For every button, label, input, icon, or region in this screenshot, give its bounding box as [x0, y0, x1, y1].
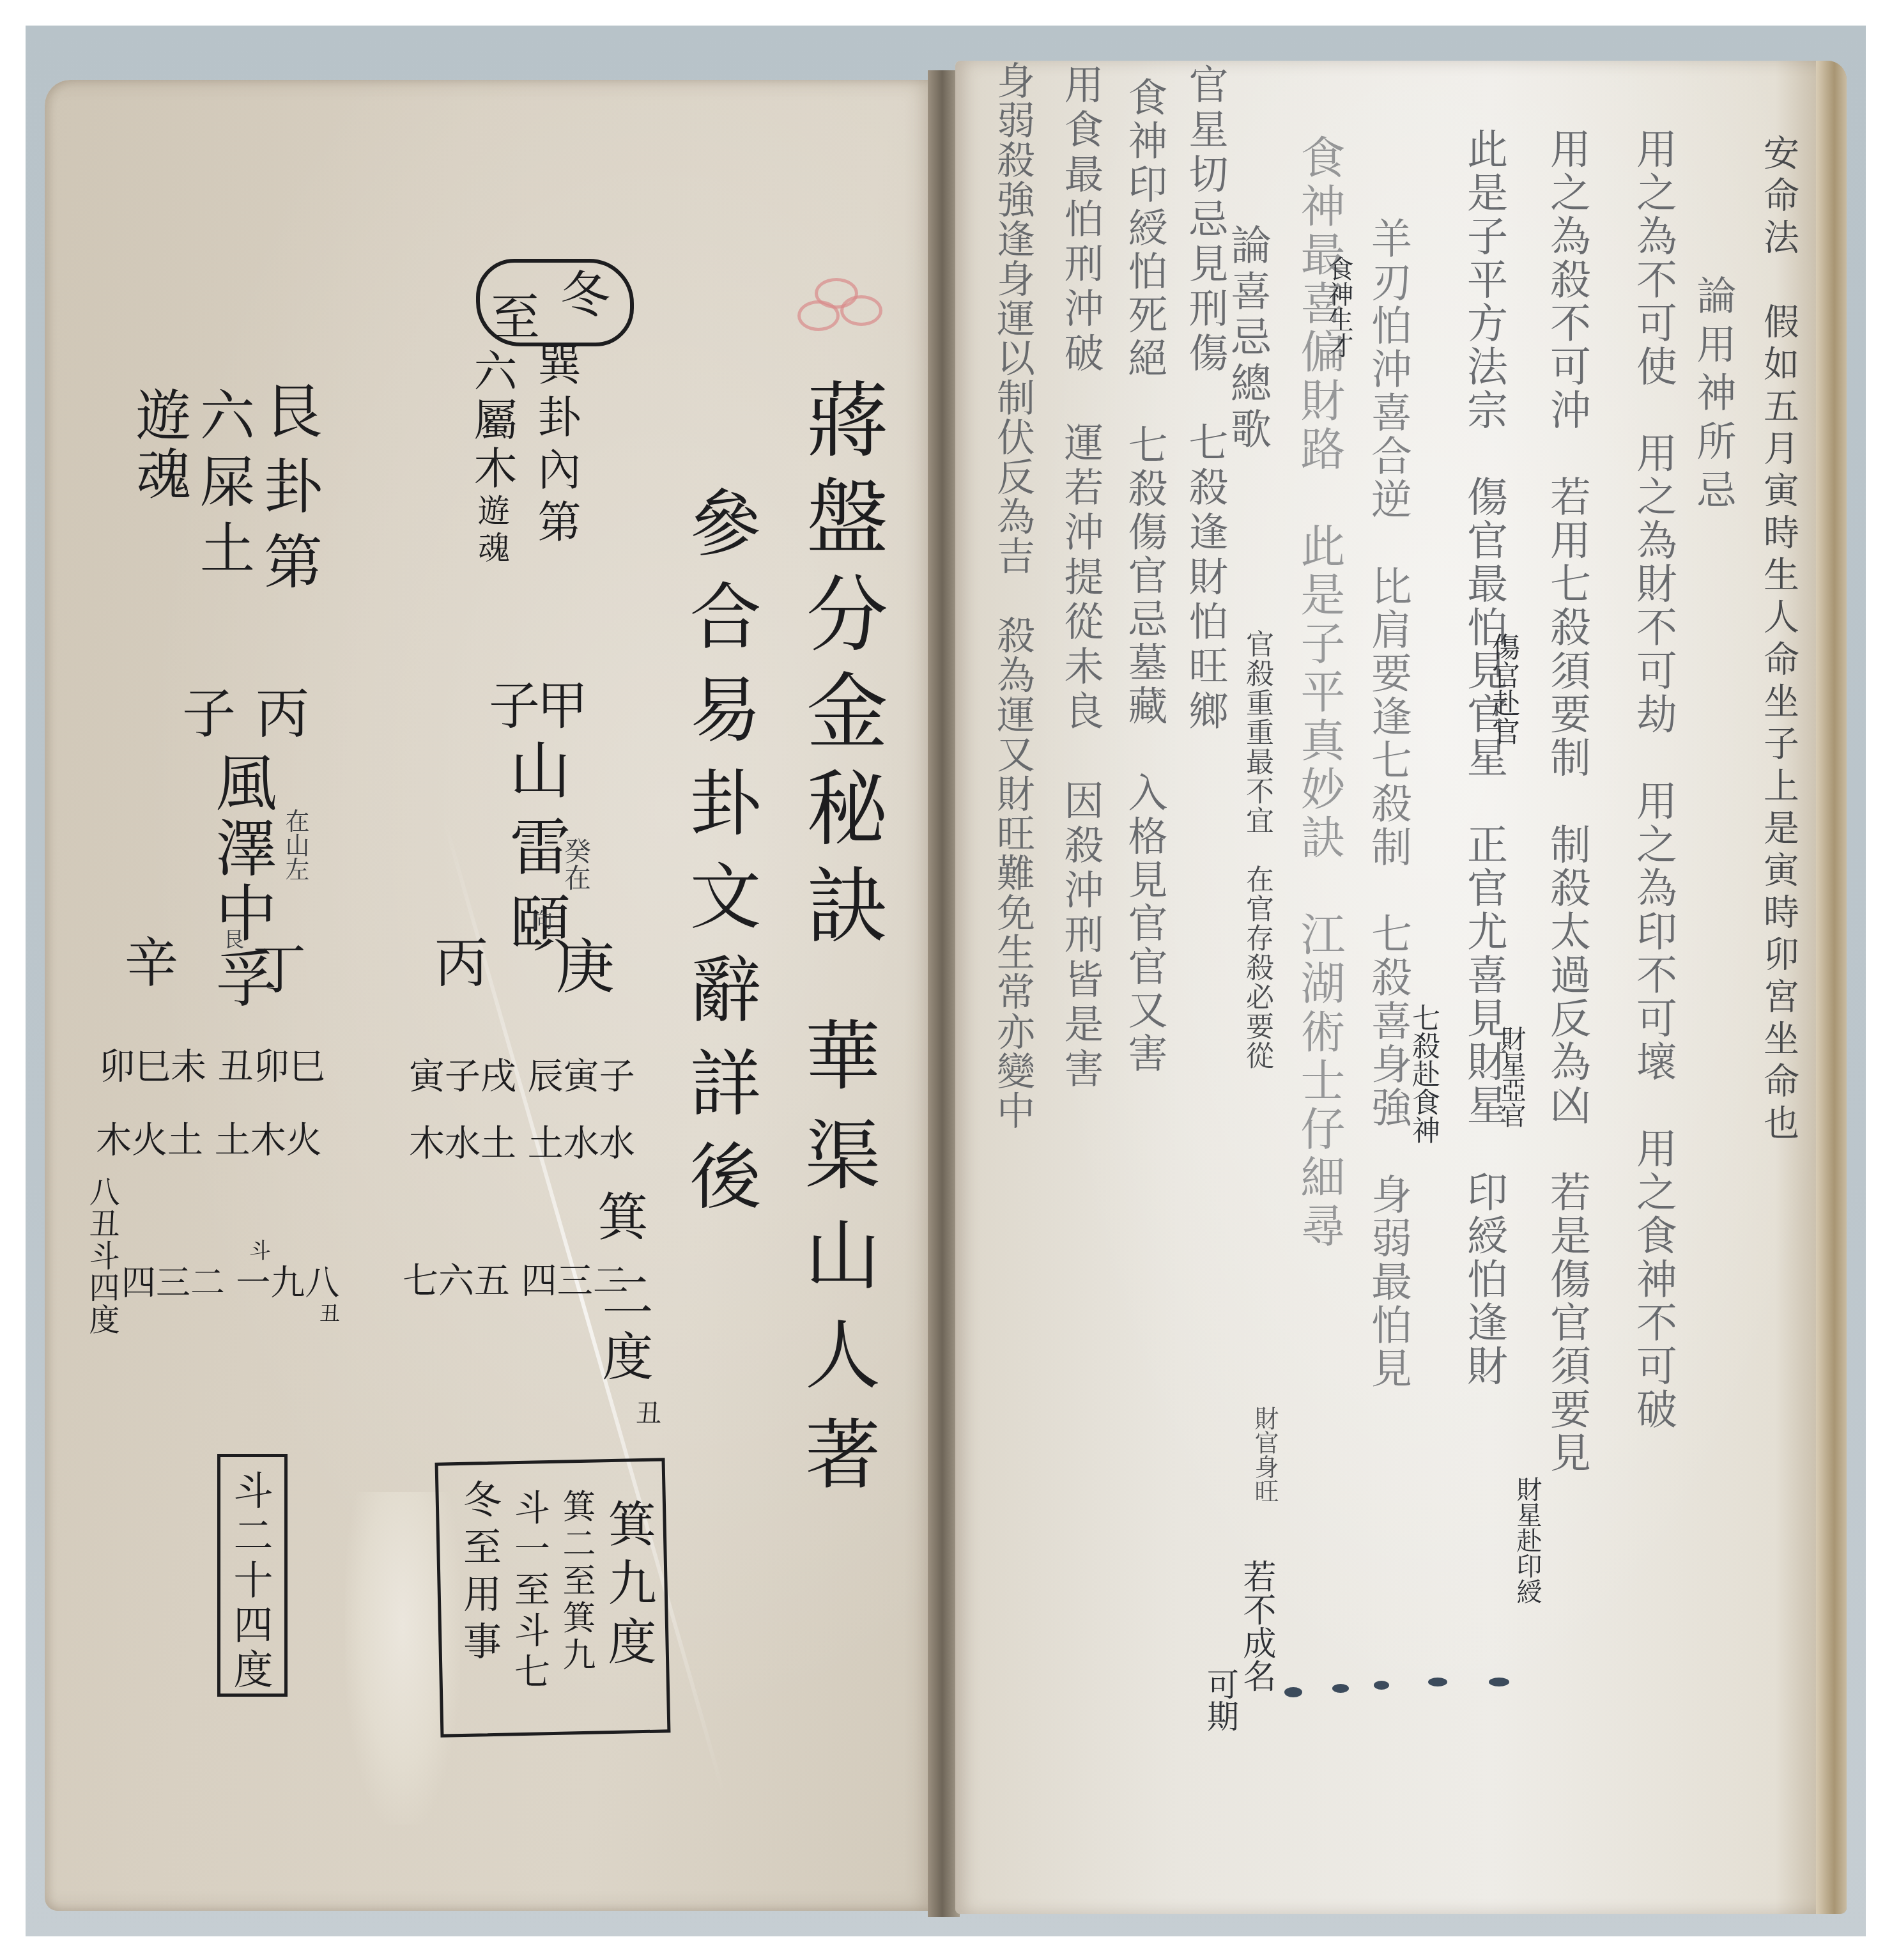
hex2-annotation: 在山左 [283, 808, 307, 881]
hex2-branches-row: 卯巳未 丑卯巳 [99, 1038, 325, 1090]
ink-blot [1284, 1687, 1302, 1697]
hand-col-1: 論用神所忌 [1693, 275, 1733, 518]
annotation-caiguan: 財官身旺 [1252, 1406, 1277, 1503]
season-label-bottom: 至 [486, 291, 535, 341]
trigram-1-line-b: 六屬木遊魂 [470, 348, 513, 568]
hex1-mansion-suffix: 丑 [636, 1393, 661, 1430]
box-right-main: 箕九度 [604, 1499, 652, 1675]
box-right-line-2: 斗一至斗七 [511, 1489, 547, 1694]
box-right-line-3: 冬至用事 [460, 1479, 498, 1669]
annotation-shishen: 食神生才 [1326, 256, 1351, 358]
hex2-degrees-extra-bottom: 丑 [319, 1297, 340, 1327]
box-left-text: 斗二十四度 [230, 1470, 270, 1694]
hex1-branches-row: 寅子戌 辰寅子 [409, 1048, 635, 1099]
hand-col-11: 身弱殺強逢身運以制伏反為吉 殺為運又財旺難免生常亦變中 [994, 61, 1032, 1130]
hand-col-2: 用之為不可使 用之為財不可劫 用之為印不可壞 用之食神不可破 [1633, 128, 1673, 1431]
hex2-branch: 子 [182, 671, 236, 748]
annotation-shangguan: 傷官赴官 [1489, 633, 1517, 745]
annotation-caixing-2: 財星赴印綬 [1514, 1476, 1540, 1604]
red-seal-right [840, 295, 882, 326]
hand-col-3: 用之為殺不可沖 若用七殺須要制 制殺太過反為凶 若是傷官須要見 [1546, 128, 1587, 1475]
annotation-guansha: 官殺重重最不宜 在官存殺必要從 [1243, 629, 1271, 1070]
hex2-stem-below: 辛 [125, 920, 178, 998]
hex1-branch: 子 [489, 665, 540, 738]
ink-blot [1489, 1678, 1509, 1686]
hex1-mansion-degree: 二度 [597, 1269, 649, 1391]
hex2-annotation-2: 艮 [224, 923, 244, 953]
trigram-1-line-b-small: 遊魂 [473, 494, 510, 568]
hex2-elements-row: 木火土 土木火 [96, 1112, 322, 1163]
hex2-degrees-row: 四三二 一九八 [121, 1256, 339, 1305]
hand-col-7: 論喜忌總歌 [1227, 224, 1268, 454]
annotation-buchengming: 若不成名 [1240, 1559, 1273, 1692]
hex2-stem-a: 丙 [256, 671, 309, 748]
trigram-2-line-c: 遊魂 [131, 387, 186, 504]
trigram-2-line-a: 艮卦第 [259, 380, 318, 606]
ink-blot [1332, 1684, 1349, 1693]
hex1-annotation-2: 向 [532, 904, 553, 934]
hex1-stem-b: 庚 [556, 920, 615, 1005]
book-title: 蔣盤分金秘訣 [799, 377, 881, 960]
book-author: 華渠山人著 [799, 1016, 874, 1515]
hex1-elements-row: 木水土 土水水 [409, 1115, 635, 1166]
ink-blot [1374, 1681, 1389, 1690]
hex2-degrees-extra-top: 斗 [249, 1233, 271, 1265]
hex2-side-column: 八丑斗四度 [86, 1176, 117, 1336]
annotation-qisha: 七殺赴食神 [1409, 1003, 1437, 1144]
hand-col-5: 羊刃怕沖喜合逆 比肩要逢七殺制 七殺喜身強 身弱最怕見 [1367, 217, 1408, 1391]
hand-col-4: 此是子平方法宗 傷官最怕見官星 正官尤喜見財星 印綬怕逢財 [1463, 128, 1504, 1388]
season-label-top: 冬 [556, 268, 606, 318]
hex1-stem-below: 丙 [435, 920, 488, 998]
annotation-caixing: 財星亞官 [1498, 1026, 1524, 1128]
ink-blot [1428, 1678, 1447, 1686]
annotation-keqi: 可期 [1204, 1668, 1236, 1732]
fore-edge [1816, 61, 1847, 1914]
hand-col-10: 用食最怕刑沖破 運若沖提從未良 因殺沖刑皆是害 [1061, 64, 1100, 1093]
hand-col-9: 食神印綬怕死絕 七殺傷官忌墓藏 入格見官官又害 [1125, 77, 1164, 1076]
hex1-mansion: 箕 [597, 1176, 649, 1249]
book-subtitle: 參合易卦文辭詳後 [684, 486, 755, 1232]
trigram-1-line-b-main: 六屬木 [466, 348, 517, 494]
hand-col-0: 安命法 假如五月寅時生人命坐子上是寅時卯宮坐命也 [1760, 134, 1796, 1146]
hex2-stem-b: 丁 [252, 927, 306, 1004]
box-right-line-1: 箕二至箕九 [559, 1489, 592, 1674]
hex1-annotation: 癸在 [562, 837, 589, 891]
trigram-1-line-a: 巽卦內第 [534, 342, 577, 552]
hand-col-8: 官星切忌見刑傷 七殺逢財怕旺鄉 [1185, 64, 1225, 735]
red-seal-left [797, 300, 840, 331]
hex1-stem-a: 甲 [537, 665, 588, 738]
trigram-2-line-b: 六屎土 [195, 387, 250, 586]
